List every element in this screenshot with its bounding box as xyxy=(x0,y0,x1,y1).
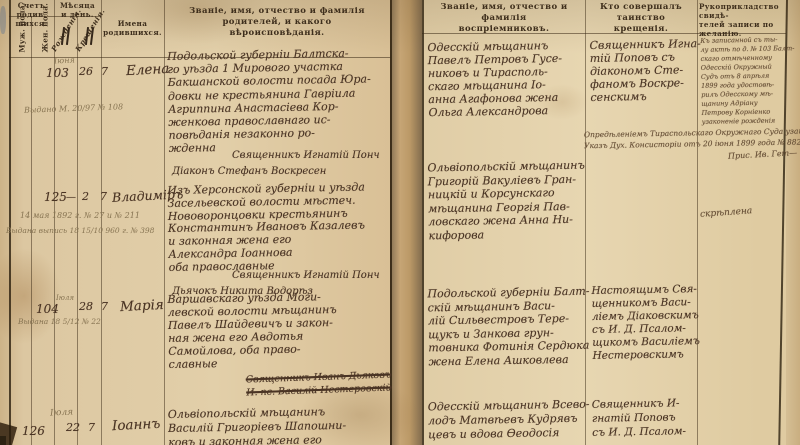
header-signatures: Рукоприкладство свидѣ-телей записи по же… xyxy=(699,2,785,38)
clergy-signature: Священникъ Игнатій Понч xyxy=(232,270,380,281)
officiant-text: Священникъ И-гнатій Поповъсъ И. Д. Псало… xyxy=(592,396,687,440)
margin-note: Выдана 18 5/12 № 22 xyxy=(18,317,101,326)
handwriting-line: Григорій Вакуліевъ Гран- xyxy=(428,172,586,188)
clergy-signature: Священникъ Игнатій Понч xyxy=(232,150,380,161)
handwriting-line: съ И. Д. Псалом- xyxy=(592,424,686,440)
header-count-female: Жен. пола. xyxy=(41,13,50,53)
entry-birth-day: 28 xyxy=(79,300,93,313)
entry-birth-day: 26 xyxy=(79,65,93,78)
handwriting-line: сенскимъ xyxy=(590,89,701,104)
header-names: Имена родившихся. xyxy=(101,19,164,37)
entry-baptism-day: 7 xyxy=(100,190,107,203)
clergy-signature: Діаконъ Стефанъ Воскресен xyxy=(172,166,326,177)
handwriting-line: жена Елена Ашковлева xyxy=(428,352,590,368)
legitimation-note: Опредѣленіемъ Тираспольскаго Окружнаго С… xyxy=(584,126,800,152)
handwriting-line: щикомъ Василіемъ xyxy=(592,335,700,350)
entry-number: 104 xyxy=(36,302,59,316)
handwriting-line: кифорова xyxy=(428,226,586,242)
witness-signature-text: Къ записанной съ ты-лу актѣ по д. № 103 … xyxy=(700,35,796,127)
handwriting-line: Подольской губерніи Балт- xyxy=(427,285,589,301)
entry-month: Іюля xyxy=(56,294,74,302)
ink-smudge xyxy=(0,6,6,34)
godparents-text: Ольвіопольскій мѣщанинъГригорій Вакуліев… xyxy=(427,159,586,243)
entry-name: Елена xyxy=(126,61,170,79)
entry-birth-day: 2 xyxy=(82,190,89,203)
officiant-text: Настоящимъ Свя-щенникомъ Васи-ліемъ Діак… xyxy=(591,283,700,363)
entry-birth-day: 22 xyxy=(66,421,80,434)
handwriting-line: Ольга Александрова xyxy=(428,104,563,119)
entry-number: 125 xyxy=(44,190,67,204)
handwriting-line: Священникъ Игна- xyxy=(589,37,700,52)
left-margin-rule xyxy=(9,0,11,445)
officiant-text: Священникъ Игна-тій Поповъ съдіакономъ С… xyxy=(589,37,701,104)
entry-number: 126 xyxy=(22,424,45,438)
parents-text: Ольвіопольскій мѣщанинъВасилій Григоріев… xyxy=(168,404,391,445)
entry-baptism-day: 7 xyxy=(88,421,95,434)
parents-text: Подольской губерніи Балтска-го уѣзда 1 М… xyxy=(167,46,391,155)
struck-clergy-signature: Священникъ Иванъ Дьяковъ И. пс. Василій … xyxy=(246,368,392,399)
margin-note: Выдано М. 20/97 № 108 xyxy=(24,102,123,114)
godparents-text: Подольской губерніи Балт-скій мѣщанинъ В… xyxy=(427,285,590,369)
note-signature: Прис. Ив. Гет— xyxy=(728,148,798,161)
godparents-text: Одесскій мѣщанинъ Всево-лодъ Матвѣевъ Ку… xyxy=(428,398,591,443)
margin-note: 14 мая 1892 г. № 27 и № 211 xyxy=(20,211,140,220)
entry-baptism-day: 7 xyxy=(101,300,108,313)
parents-text: Варшавскаго уѣзда Моги-левской волости м… xyxy=(167,289,390,371)
side-note: скрѣплена xyxy=(700,206,753,220)
handwriting-line: лодъ Матвѣевъ Кудрявъ xyxy=(428,412,590,429)
godparents-text: Одесскій мѣщанинъПавелъ Петровъ Гусе-ник… xyxy=(427,39,563,119)
photo-corner-shadow xyxy=(0,436,6,445)
handwriting-line: славные xyxy=(168,354,390,371)
header-parents: Званіе, имя, отчество и фамилія родителе… xyxy=(164,6,390,39)
right-margin-rule xyxy=(422,0,424,445)
header-godparents: Званіе, имя, отчество и фамиліявоспріемн… xyxy=(424,2,584,35)
book-gutter xyxy=(390,0,424,445)
metric-book-photo: Счетъ родив.шихся. Мѣсяцаи день. Муж. по… xyxy=(0,0,800,445)
handwriting-line: узаконеніе рожденія xyxy=(702,116,796,127)
header-count-male: Муж. пола. xyxy=(18,13,27,53)
entry-baptism-day: 7 xyxy=(101,65,108,78)
handwriting-line: цевъ и вдова Ѳеодосія xyxy=(428,426,590,443)
handwriting-line: лій Сильвестровъ Тере- xyxy=(428,312,590,328)
entry-dash: — xyxy=(66,192,76,203)
entry-month: Іюля xyxy=(50,407,74,418)
entry-number: 103 xyxy=(46,66,69,80)
entry-name: Іоаннъ xyxy=(112,416,161,435)
handwriting-line: Нестеровскимъ xyxy=(592,348,700,363)
entry-month: Іюня xyxy=(54,55,75,65)
handwriting-line: ловскаго жена Анна Ни- xyxy=(428,213,586,229)
parents-text: Изъ Херсонской губерніи и уѣздаЗасельевс… xyxy=(167,181,391,274)
margin-note: Выдана выпись 18 15/10 960 г. № 398 xyxy=(6,226,154,235)
entry-name: Марія xyxy=(120,297,165,315)
header-officiant: Кто совершалъ таинствокрещенія. xyxy=(587,2,695,35)
